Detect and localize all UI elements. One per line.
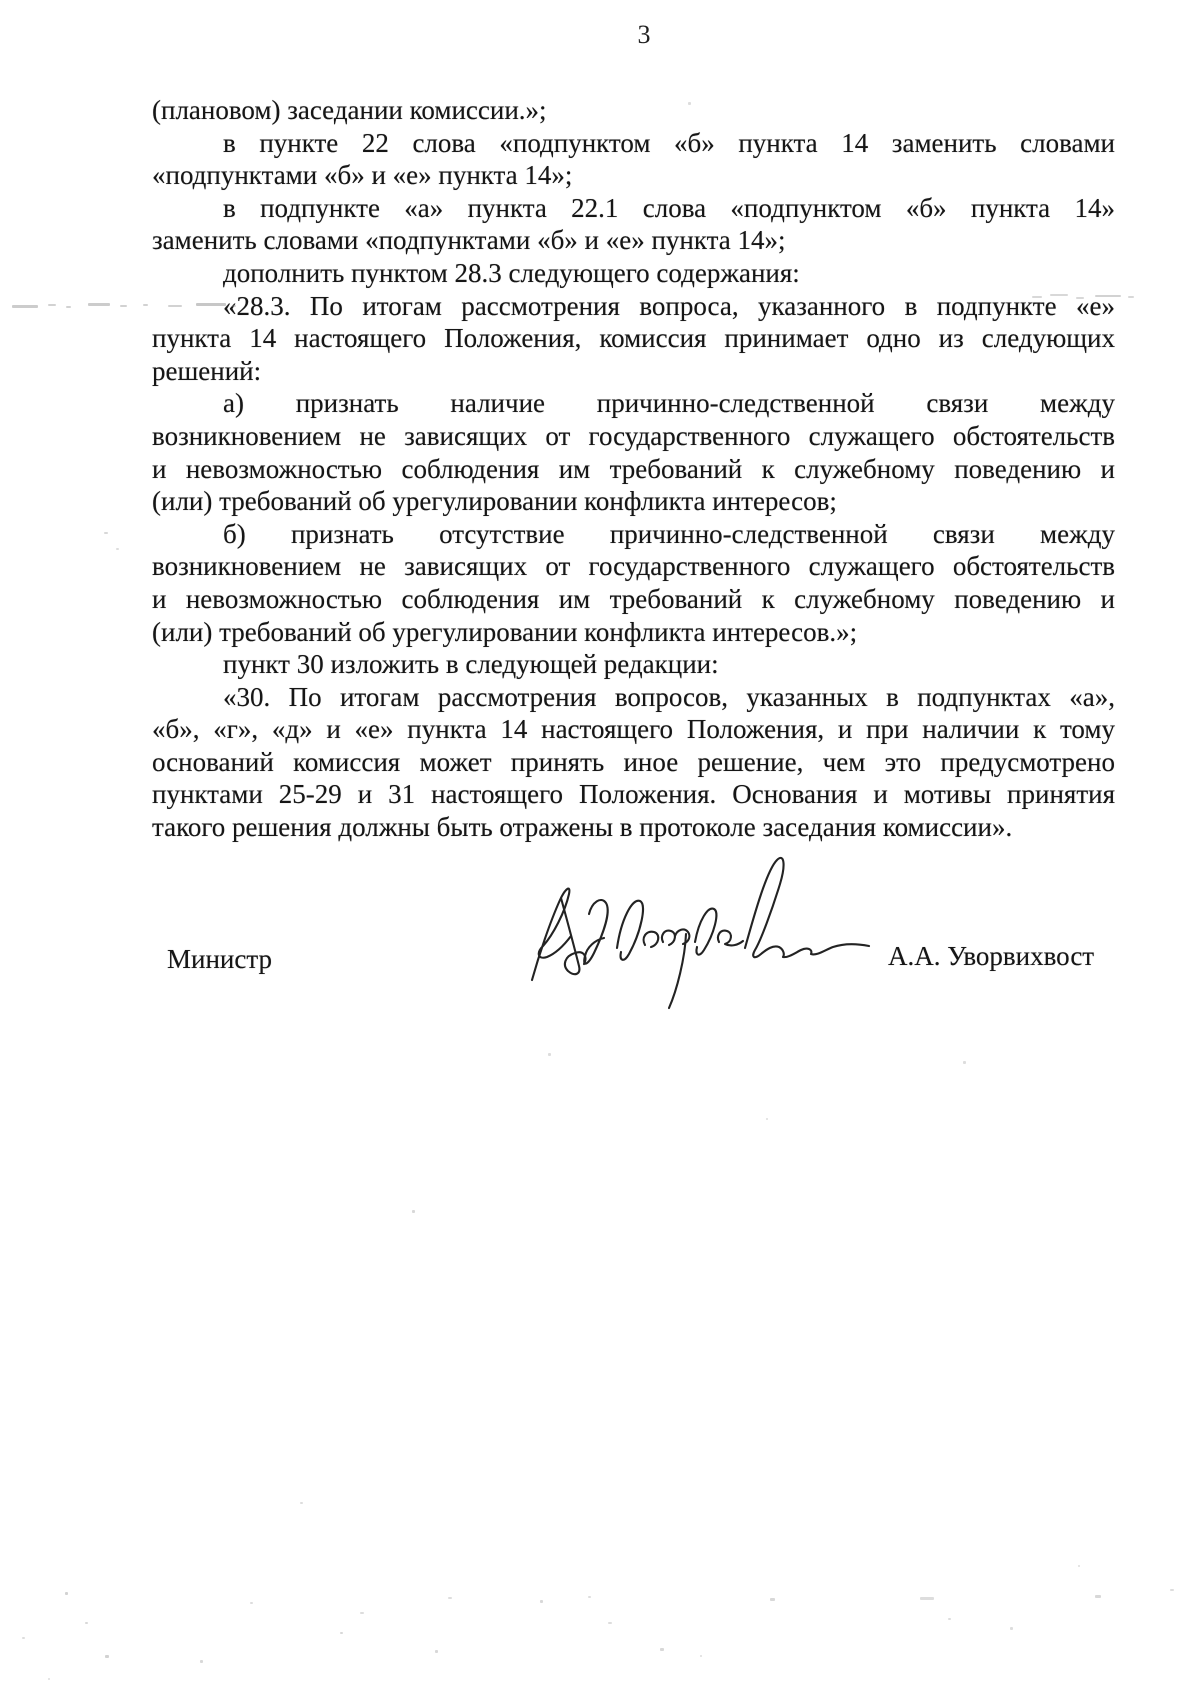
text-line: такого решения должны быть отражены в пр… — [152, 811, 1115, 844]
scan-speck — [700, 1655, 702, 1657]
handwritten-signature-icon — [505, 850, 877, 1022]
scan-speck — [766, 1118, 768, 1120]
text-line: и невозможностью соблюдения им требовани… — [152, 453, 1115, 486]
signer-position-title: Министр — [167, 944, 272, 975]
scan-speck — [1050, 294, 1068, 296]
scan-speck — [300, 1502, 303, 1504]
scan-speck — [1076, 297, 1084, 299]
scan-speck — [1095, 295, 1121, 297]
scan-speck — [340, 1632, 343, 1634]
scan-speck — [143, 304, 148, 306]
scan-speck — [105, 1655, 109, 1658]
text-line: пункта 14 настоящего Положения, комиссия… — [152, 322, 1115, 355]
text-line: в подпункте «а» пункта 22.1 слова «подпу… — [152, 192, 1115, 225]
scan-speck — [85, 1622, 88, 1624]
text-line: в пункте 22 слова «подпунктом «б» пункта… — [152, 127, 1115, 160]
scan-speck — [116, 548, 119, 550]
scan-speck — [435, 1650, 438, 1653]
scan-speck — [1032, 296, 1042, 298]
scan-speck — [963, 1061, 966, 1064]
scan-speck — [660, 1648, 664, 1651]
scan-speck — [48, 1678, 50, 1680]
scan-speck — [948, 1618, 951, 1620]
text-line: и невозможностью соблюдения им требовани… — [152, 583, 1115, 616]
text-line: возникновением не зависящих от государст… — [152, 550, 1115, 583]
text-line: «28.3. По итогам рассмотрения вопроса, у… — [152, 290, 1115, 323]
scan-speck — [608, 1622, 612, 1624]
scan-speck — [1078, 1565, 1080, 1567]
text-line: «подпунктами «б» и «е» пункта 14»; — [152, 159, 1115, 192]
text-line: б) признать отсутствие причинно-следстве… — [152, 518, 1115, 551]
text-line: (или) требований об урегулировании конфл… — [152, 616, 1115, 649]
text-line: возникновением не зависящих от государст… — [152, 420, 1115, 453]
text-line: оснований комиссия может принять иное ре… — [152, 746, 1115, 779]
scan-speck — [540, 1600, 543, 1603]
scan-speck — [548, 1053, 551, 1056]
scan-speck — [1170, 1589, 1174, 1591]
text-line: (или) требований об урегулировании конфл… — [152, 485, 1115, 518]
scan-speck — [66, 306, 71, 308]
scan-speck — [920, 1597, 934, 1600]
scan-speck — [200, 1660, 203, 1663]
text-line: заменить словами «подпунктами «б» и «е» … — [152, 224, 1115, 257]
scan-speck — [250, 1602, 253, 1604]
scan-speck — [48, 304, 56, 306]
text-line: решений: — [152, 355, 1115, 388]
scan-speck — [412, 1210, 415, 1213]
scan-speck — [588, 1596, 591, 1598]
text-line: пунктами 25-29 и 31 настоящего Положения… — [152, 778, 1115, 811]
scan-speck — [906, 148, 909, 151]
text-line: «30. По итогам рассмотрения вопросов, ук… — [152, 681, 1115, 714]
document-body: (плановом) заседании комиссии.»;в пункте… — [152, 94, 1115, 844]
scan-speck — [120, 305, 127, 307]
scan-speck — [1095, 1595, 1101, 1598]
scan-speck — [448, 1597, 452, 1599]
text-line: дополнить пунктом 28.3 следующего содерж… — [152, 257, 1115, 290]
scan-speck — [770, 1598, 775, 1601]
scan-speck — [688, 102, 691, 105]
page-number: 3 — [0, 20, 1200, 50]
scan-speck — [22, 1637, 25, 1639]
scan-speck — [1128, 296, 1134, 298]
scanned-document-page: 3 (плановом) заседании комиссии.»;в пунк… — [0, 0, 1200, 1697]
text-line: (плановом) заседании комиссии.»; — [152, 94, 1115, 127]
text-line: пункт 30 изложить в следующей редакции: — [152, 648, 1115, 681]
scan-speck — [88, 303, 110, 306]
scan-speck — [65, 1592, 68, 1595]
scan-speck — [196, 303, 226, 306]
signer-name: А.А. Уворвихвост — [888, 941, 1094, 972]
scan-speck — [104, 532, 108, 534]
scan-speck — [360, 1612, 364, 1614]
scan-speck — [1010, 1627, 1013, 1630]
text-line: а) признать наличие причинно-следственно… — [152, 387, 1115, 420]
scan-speck — [232, 305, 236, 307]
text-line: «б», «г», «д» и «е» пункта 14 настоящего… — [152, 713, 1115, 746]
scan-speck — [12, 305, 38, 308]
scan-speck — [168, 305, 182, 307]
